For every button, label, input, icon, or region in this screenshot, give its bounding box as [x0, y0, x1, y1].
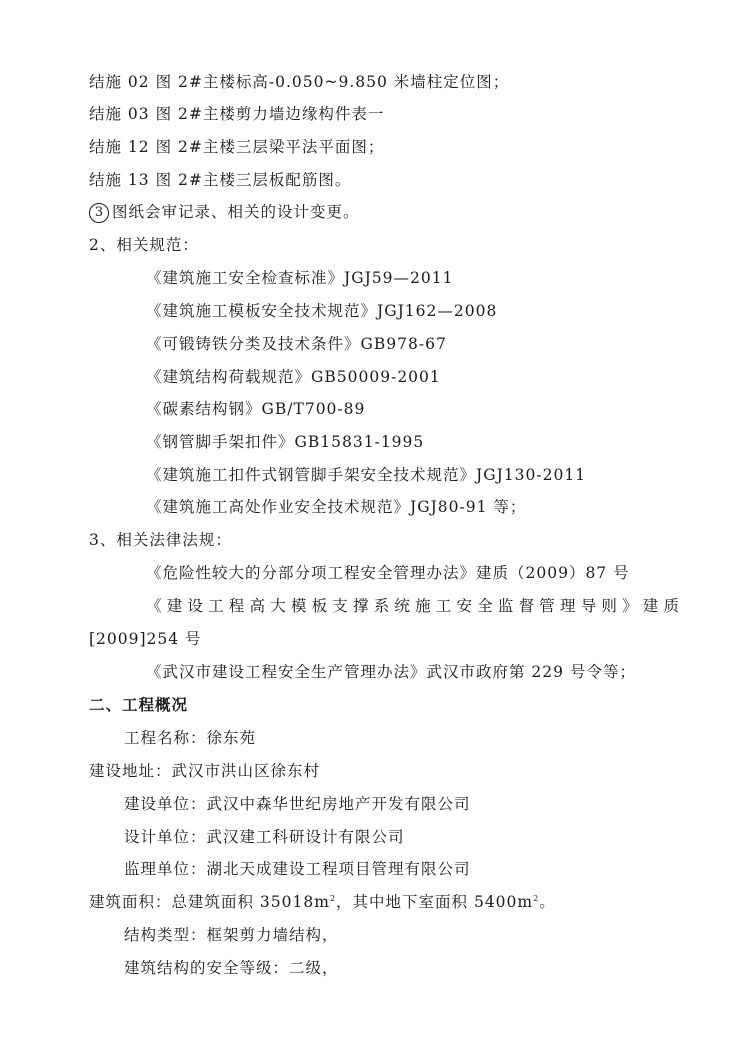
document-page: 结施 02 图 2#主楼标高-0.050~9.850 米墙柱定位图； 结施 03…	[0, 0, 744, 1052]
section-heading-standards: 2、相关规范：	[89, 235, 199, 255]
supervision-unit: 监理单位：湖北天成建设工程项目管理有限公司	[124, 859, 471, 879]
standard-item: 《可锻铸铁分类及技术条件》GB978-67	[146, 334, 447, 354]
area-basement: ，其中地下室面积 5400m	[336, 893, 533, 911]
drawing-line: 结施 12 图 2#主楼三层梁平法平面图；	[89, 137, 384, 157]
standard-item: 《建筑结构荷载规范》GB50009-2001	[146, 367, 441, 387]
item-3-text: 图纸会审记录、相关的设计变更。	[112, 203, 360, 221]
circled-number: 3	[89, 203, 109, 223]
law-item: 《武汉市建设工程安全生产管理办法》武汉市政府第 229 号令等；	[146, 662, 636, 682]
drawing-line: 结施 02 图 2#主楼标高-0.050~9.850 米墙柱定位图；	[89, 72, 509, 92]
drawing-line: 结施 13 图 2#主楼三层板配筋图。	[89, 170, 351, 190]
area-end: 。	[539, 893, 556, 911]
section-heading-laws: 3、相关法律法规：	[89, 530, 232, 550]
area-total: 建筑面积：总建筑面积 35018m	[89, 893, 330, 911]
item-3: 3图纸会审记录、相关的设计变更。	[89, 202, 360, 223]
standard-item: 《建筑施工高处作业安全技术规范》JGJ80-91 等；	[146, 497, 526, 517]
standard-item: 《建筑施工扣件式钢管脚手架安全技术规范》JGJ130-2011	[146, 465, 586, 485]
project-address: 建设地址：武汉市洪山区徐东村	[89, 761, 320, 781]
standard-item: 《建筑施工模板安全技术规范》JGJ162—2008	[146, 301, 497, 321]
standard-item: 《碳素结构钢》GB/T700-89	[146, 399, 365, 419]
law-item: 《建设工程高大模板支撑系统施工安全监督管理导则》建质	[146, 596, 684, 616]
project-name: 工程名称：徐东苑	[124, 728, 256, 748]
law-item-continued: [2009]254 号	[89, 629, 202, 649]
builder-unit: 建设单位：武汉中森华世纪房地产开发有限公司	[124, 794, 471, 814]
drawing-line: 结施 03 图 2#主楼剪力墙边缘构件表一	[89, 104, 384, 124]
overview-heading: 二、工程概况	[89, 695, 188, 715]
building-area: 建筑面积：总建筑面积 35018m2，其中地下室面积 5400m2。	[89, 892, 556, 912]
standard-item: 《建筑施工安全检查标准》JGJ59—2011	[146, 268, 453, 288]
safety-grade: 建筑结构的安全等级：二级，	[124, 958, 339, 978]
law-item: 《危险性较大的分部分项工程安全管理办法》建质（2009）87 号	[146, 563, 630, 583]
design-unit: 设计单位：武汉建工科研设计有限公司	[124, 827, 405, 847]
structure-type: 结构类型：框架剪力墙结构，	[124, 925, 339, 945]
standard-item: 《钢管脚手架扣件》GB15831-1995	[146, 432, 424, 452]
